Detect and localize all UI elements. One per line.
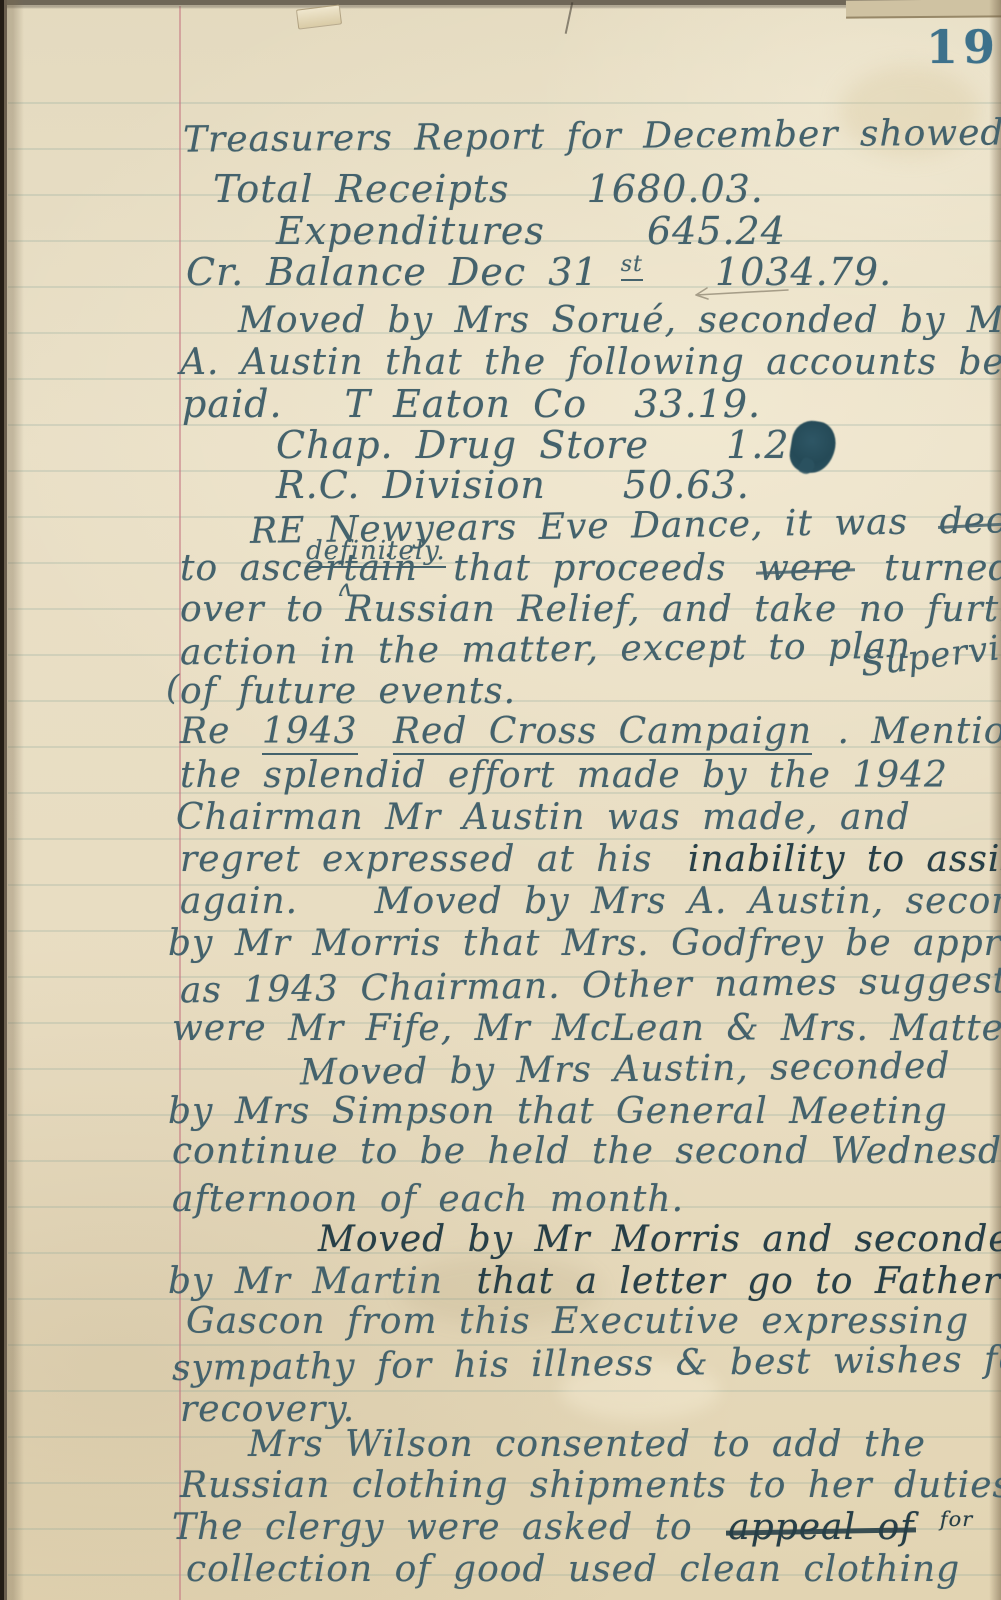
handwritten-text: 1943 xyxy=(262,711,358,755)
marginal-of-mark: ( xyxy=(166,668,180,708)
handwritten-line: by Mr Martin that a letter go to Father xyxy=(168,1261,1001,1302)
handwritten-text: 33.19. xyxy=(634,383,761,427)
handwritten-line: Moved by Mr Morris and seconded xyxy=(318,1219,1001,1260)
handwritten-line: Total Receipts 1680.03. xyxy=(213,168,764,212)
handwritten-line: to ascertain that proceeds were turned xyxy=(180,548,1001,589)
handwritten-text: Red Cross Campaign xyxy=(393,711,812,755)
handwritten-text: Mrs Wilson consented to add the xyxy=(248,1424,926,1465)
handwritten-text: 1034.79. xyxy=(715,251,892,295)
handwritten-text: A. Austin that the following accounts be xyxy=(180,342,1001,383)
handwritten-text: again. xyxy=(180,881,298,922)
handwritten-line: Re 1943 Red Cross Campaign . Mention of xyxy=(180,711,1001,755)
handwritten-text: the splendid effort made by the 1942 xyxy=(180,755,948,796)
handwritten-text: Moved by Mrs Sorué, seconded by Mrs xyxy=(238,300,1001,341)
handwritten-text: Cr. Balance Dec 31 xyxy=(186,251,599,295)
handwritten-line: Chairman Mr Austin was made, and xyxy=(176,797,911,838)
handwritten-text: by Mr Morris that Mrs. Godfrey be approa… xyxy=(168,923,1001,964)
handwritten-line: Treasurers Report for December showed xyxy=(183,112,1001,161)
handwriting-layer: Treasurers Report for December showed To… xyxy=(0,0,1001,1600)
caret-mark: ʌ xyxy=(338,574,353,602)
handwritten-text: Expenditures xyxy=(276,210,545,254)
handwritten-text: Moved by Mrs Austin, seconded xyxy=(300,1046,951,1094)
handwritten-text: by Mrs Simpson that General Meeting xyxy=(168,1091,948,1132)
handwritten-text: for xyxy=(940,1507,973,1531)
handwritten-line: A. Austin that the following accounts be xyxy=(180,342,1001,383)
handwritten-line: by Mr Morris that Mrs. Godfrey be approa… xyxy=(168,923,1001,964)
handwritten-text: decided xyxy=(939,499,1001,542)
handwritten-text: that proceeds xyxy=(453,548,726,589)
handwritten-text: R.C. Division xyxy=(276,464,546,508)
handwritten-line: sympathy for his illness & best wishes f… xyxy=(172,1338,1001,1389)
scanned-minutes-page: 191 Treasurers Report for December showe… xyxy=(0,0,1001,1600)
handwritten-text: by Mr Martin xyxy=(168,1261,443,1302)
handwritten-text: Total Receipts xyxy=(213,168,510,212)
handwritten-line: by Mrs Simpson that General Meeting xyxy=(168,1091,948,1132)
handwritten-text: st xyxy=(621,252,643,280)
handwritten-text: Chairman Mr Austin was made, and xyxy=(176,797,911,838)
handwritten-line: Expenditures 645.24 xyxy=(276,210,786,254)
handwritten-line: continue to be held the second Wednesday xyxy=(172,1131,1001,1172)
handwritten-line: regret expressed at his inability to ass… xyxy=(180,839,1001,880)
handwritten-line: were Mr Fife, Mr McLean & Mrs. Matters. xyxy=(172,1008,1001,1049)
handwritten-line: Moved by Mrs Austin, seconded xyxy=(300,1046,951,1094)
handwritten-text: . Mention of xyxy=(838,711,1001,752)
handwritten-text: action in the matter, except to plan xyxy=(180,626,912,674)
handwritten-text: Moved by Mr Morris and seconded xyxy=(318,1219,1001,1260)
handwritten-text: turned xyxy=(884,548,1001,589)
handwritten-text: Chap. Drug Store xyxy=(276,424,649,468)
handwritten-line: over to Russian Relief, and take no furt… xyxy=(180,589,1001,630)
handwritten-line: Chap. Drug Store 1.25 xyxy=(276,424,815,468)
handwritten-line: action in the matter, except to plan xyxy=(180,626,912,674)
handwritten-text: Russian clothing shipments to her duties… xyxy=(180,1465,1001,1506)
handwritten-text: appeal of xyxy=(728,1507,914,1548)
handwritten-line: again. Moved by Mrs A. Austin, seconded xyxy=(180,881,1001,922)
handwritten-text: that a letter go to Father xyxy=(477,1261,1001,1302)
handwritten-text: collection of good used clean clothing xyxy=(186,1549,960,1590)
handwritten-text: continue to be held the second Wednesday xyxy=(172,1131,1001,1172)
handwritten-text: regret expressed at his xyxy=(180,839,652,880)
handwritten-line: as 1943 Chairman. Other names suggested xyxy=(180,960,1001,1012)
insert-definitely: definitely. xyxy=(306,536,446,568)
handwritten-text: paid. xyxy=(182,383,283,427)
handwritten-text: 645.24 xyxy=(647,210,786,254)
handwritten-text: Moved by Mrs A. Austin, seconded xyxy=(375,881,1001,922)
handwritten-line: Moved by Mrs Sorué, seconded by Mrs xyxy=(238,300,1001,341)
handwritten-text: were Mr Fife, Mr McLean & Mrs. Matters. xyxy=(172,1008,1001,1049)
handwritten-line: The clergy were asked to appeal of for t… xyxy=(172,1507,1001,1548)
handwritten-line: paid. T Eaton Co 33.19. xyxy=(182,383,761,427)
handwritten-line: Mrs Wilson consented to add the xyxy=(248,1424,926,1465)
handwritten-text: of future events. xyxy=(180,671,516,712)
handwritten-text: T Eaton Co xyxy=(345,383,587,427)
handwritten-text: Re xyxy=(180,711,230,752)
handwritten-line: the splendid effort made by the 1942 xyxy=(180,755,948,796)
handwritten-line: of future events. xyxy=(180,671,516,712)
handwritten-line: Gascon from this Executive expressing xyxy=(186,1301,969,1342)
handwritten-text: 1680.03. xyxy=(587,168,764,212)
handwritten-line: afternoon of each month. xyxy=(172,1179,684,1220)
handwritten-line: R.C. Division 50.63. xyxy=(276,464,750,508)
handwritten-text: Treasurers Report for December showed xyxy=(183,112,1001,161)
handwritten-line: collection of good used clean clothing xyxy=(186,1549,960,1590)
handwritten-text: 50.63. xyxy=(623,464,750,508)
handwritten-text: afternoon of each month. xyxy=(172,1179,684,1220)
handwritten-text: as 1943 Chairman. Other names suggested xyxy=(180,960,1001,1012)
handwritten-line: Russian clothing shipments to her duties… xyxy=(180,1465,1001,1506)
handwritten-text: were xyxy=(758,548,853,589)
handwritten-text: over to Russian Relief, and take no furt… xyxy=(180,589,1001,630)
handwritten-text: The clergy were asked to xyxy=(172,1507,693,1548)
handwritten-text: Gascon from this Executive expressing xyxy=(186,1301,969,1342)
handwritten-text: inability to assist xyxy=(688,839,1001,880)
handwritten-line: Cr. Balance Dec 31 st 1034.79. xyxy=(186,251,892,295)
handwritten-text: sympathy for his illness & best wishes f… xyxy=(172,1338,1001,1389)
